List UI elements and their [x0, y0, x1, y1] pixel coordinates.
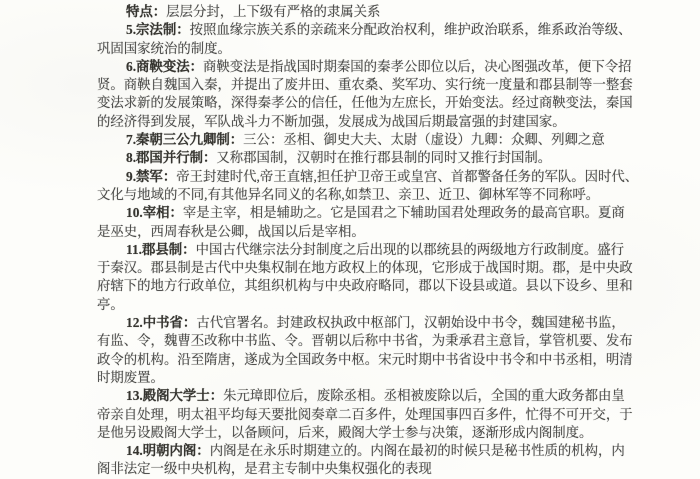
- text-line: 有监、令，魏曹丕改称中书监、令。晋朝以后称中书省，为秉承君主意旨，掌管机要、发布: [97, 332, 612, 350]
- term-label: 13.殿阁大学士：: [126, 388, 223, 403]
- term-label: 特点：: [126, 4, 166, 19]
- term-label: 10.宰相：: [126, 205, 183, 220]
- line-text: 朱元璋即位后，废除丞相。丞相被废除以后，全国的重大政务都由皇: [223, 388, 625, 403]
- text-line: 帝亲自处理，明太祖平均每天要批阅奏章二百多件，处理国事四百多件，忙得不可开交，于: [97, 406, 612, 424]
- text-line: 阁非法定一级中央机构，是君主专制中央集权强化的表现: [97, 460, 612, 470]
- term-label: 14.明朝内阁：: [126, 443, 210, 458]
- text-line: 贤。商鞅自魏国入秦，并提出了废井田、重农桑、奖军功、实行统一度量和郡县制等一整套: [97, 76, 612, 94]
- line-text: 于秦汉。郡县制是古代中央集权制在地方政权上的体现，它形成于战国时期。郡，是中央政: [97, 260, 633, 275]
- text-line: 6.商鞅变法：商鞅变法是指战国时期秦国的秦孝公即位以后，决心图强改革，便下令招: [97, 58, 612, 76]
- line-text: 层层分封，上下级有严格的隶属关系: [166, 4, 380, 19]
- line-text: 宰是主宰，相是辅助之。它是国君之下辅助国君处理政务的最高官职。夏商: [183, 205, 625, 220]
- term-label: 12.中书省：: [126, 315, 196, 330]
- line-text: 古代官署名。封建政权执政中枢部门，汉朝始设中书令，魏国建秘书监，: [196, 315, 625, 330]
- line-text: 贤。商鞅自魏国入秦，并提出了废井田、重农桑、奖军功、实行统一度量和郡县制等一整套: [97, 77, 633, 92]
- line-text: 帝王封建时代,帝王直辖,担任护卫帝王或皇宫、首都警备任务的军队。因时代、: [176, 169, 638, 184]
- line-text: 的经济得到发展，军队战斗力不断加强，发展成为战国后期最富强的封建国家。: [97, 114, 566, 129]
- text-line: 文化与地域的不同,有其他异名同义的名称,如禁卫、亲卫、近卫、御林军等不同称呼。: [97, 186, 612, 204]
- text-line: 14.明朝内阁：内阁是在永乐时期建立的。内阁在最初的时候只是秘书性质的机构，内: [97, 442, 612, 460]
- document-text-block: 特点：层层分封，上下级有严格的隶属关系5.宗法制：按照血缘宗族关系的亲疏来分配政…: [97, 3, 612, 470]
- line-text: 中国古代继宗法分封制度之后出现的以郡统县的两级地方行政制度。盛行: [196, 242, 625, 257]
- term-label: 5.宗法制：: [126, 22, 190, 37]
- text-line: 10.宰相：宰是主宰，相是辅助之。它是国君之下辅助国君处理政务的最高官职。夏商: [97, 204, 612, 222]
- text-line: 变法求新的发展策略，深得秦孝公的信任，任他为左庶长，开始变法。经过商鞅变法，秦国: [97, 94, 612, 112]
- text-line: 亭。: [97, 296, 612, 314]
- text-line: 特点：层层分封，上下级有严格的隶属关系: [97, 3, 612, 21]
- text-line: 政令的机构。沿至隋唐，遂成为全国政务中枢。宋元时期中书省设中书令和中书丞相，明清: [97, 351, 612, 369]
- text-line: 时期废置。: [97, 369, 612, 387]
- term-label: 7.秦朝三公九卿制：: [126, 132, 243, 147]
- text-line: 于秦汉。郡县制是古代中央集权制在地方政权上的体现，它形成于战国时期。郡，是中央政: [97, 259, 612, 277]
- line-text: 按照血缘宗族关系的亲疏来分配政治权利，维护政治联系，维系政治等级、: [190, 22, 632, 37]
- line-text: 商鞅变法是指战国时期秦国的秦孝公即位以后，决心图强改革，便下令招: [203, 59, 632, 74]
- line-text: 是巫史，西周春秋是公卿，战国以后是宰相。: [97, 224, 365, 239]
- line-text: 政令的机构。沿至隋唐，遂成为全国政务中枢。宋元时期中书省设中书令和中书丞相，明清: [97, 352, 633, 367]
- document-page: 特点：层层分封，上下级有严格的隶属关系5.宗法制：按照血缘宗族关系的亲疏来分配政…: [0, 0, 700, 470]
- line-text: 又称郡国制，汉朝时在推行郡县制的同时又推行封国制。: [216, 150, 551, 165]
- text-line: 9.禁军：帝王封建时代,帝王直辖,担任护卫帝王或皇宫、首都警备任务的军队。因时代…: [97, 168, 612, 186]
- line-text: 变法求新的发展策略，深得秦孝公的信任，任他为左庶长，开始变法。经过商鞅变法，秦国: [97, 95, 633, 110]
- text-line: 是巫史，西周春秋是公卿，战国以后是宰相。: [97, 223, 612, 241]
- line-text: 有监、令，魏曹丕改称中书监、令。晋朝以后称中书省，为秉承君主意旨，掌管机要、发布: [97, 333, 633, 348]
- line-text: 巩固国家统治的制度。: [97, 41, 231, 56]
- line-text: 阁非法定一级中央机构，是君主专制中央集权强化的表现: [97, 461, 432, 470]
- text-line: 的经济得到发展，军队战斗力不断加强，发展成为战国后期最富强的封建国家。: [97, 113, 612, 131]
- text-line: 巩固国家统治的制度。: [97, 40, 612, 58]
- term-label: 9.禁军：: [126, 169, 176, 184]
- text-line: 12.中书省：古代官署名。封建政权执政中枢部门，汉朝始设中书令，魏国建秘书监，: [97, 314, 612, 332]
- text-line: 11.郡县制：中国古代继宗法分封制度之后出现的以郡统县的两级地方行政制度。盛行: [97, 241, 612, 259]
- text-line: 8.郡国并行制：又称郡国制，汉朝时在推行郡县制的同时又推行封国制。: [97, 149, 612, 167]
- line-text: 时期废置。: [97, 370, 164, 385]
- line-text: 三公：丞相、御史大夫、太尉（虚设）九卿：众卿、列卿之意: [243, 132, 605, 147]
- line-text: 内阁是在永乐时期建立的。内阁在最初的时候只是秘书性质的机构，内: [210, 443, 625, 458]
- line-text: 亭。: [97, 297, 124, 312]
- term-label: 11.郡县制：: [126, 242, 196, 257]
- text-line: 13.殿阁大学士：朱元璋即位后，废除丞相。丞相被废除以后，全国的重大政务都由皇: [97, 387, 612, 405]
- line-text: 府辖下的地方行政单位，其组织机构与中央政府略同，郡以下设县或道。县以下设乡、里和: [97, 278, 633, 293]
- term-label: 8.郡国并行制：: [126, 150, 216, 165]
- text-line: 府辖下的地方行政单位，其组织机构与中央政府略同，郡以下设县或道。县以下设乡、里和: [97, 277, 612, 295]
- text-line: 7.秦朝三公九卿制：三公：丞相、御史大夫、太尉（虚设）九卿：众卿、列卿之意: [97, 131, 612, 149]
- term-label: 6.商鞅变法：: [126, 59, 203, 74]
- line-text: 帝亲自处理，明太祖平均每天要批阅奏章二百多件，处理国事四百多件，忙得不可开交，于: [97, 407, 633, 422]
- line-text: 是他另设殿阁大学士，以备顾问，后来，殿阁大学士参与决策，逐渐形成内阁制度。: [97, 425, 592, 440]
- line-text: 文化与地域的不同,有其他异名同义的名称,如禁卫、亲卫、近卫、御林军等不同称呼。: [97, 187, 599, 202]
- text-line: 是他另设殿阁大学士，以备顾问，后来，殿阁大学士参与决策，逐渐形成内阁制度。: [97, 424, 612, 442]
- text-line: 5.宗法制：按照血缘宗族关系的亲疏来分配政治权利，维护政治联系，维系政治等级、: [97, 21, 612, 39]
